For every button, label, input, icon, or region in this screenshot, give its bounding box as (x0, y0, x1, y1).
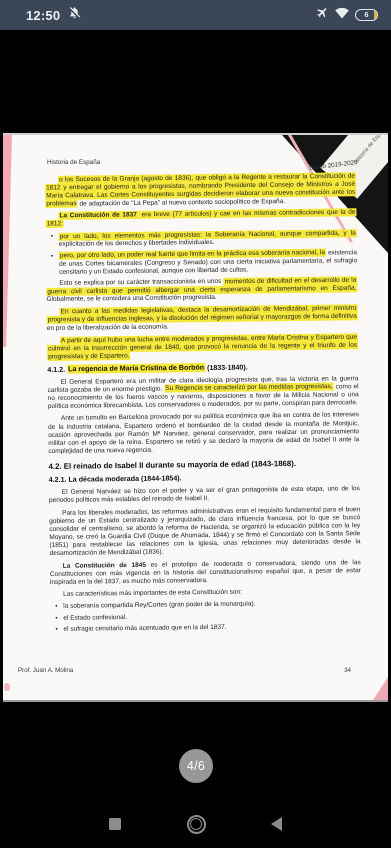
paragraph: Ante un tumulto en Barcelona provocado p… (48, 412, 359, 457)
document-footer: Prof. Juan A. Molina 34 (18, 667, 351, 674)
paragraph: o los Sucesos de la Granja (agosto de 18… (45, 172, 356, 209)
pdf-viewer[interactable]: Historia de España Historia de España Cu… (0, 30, 391, 800)
battery-level: 6 (364, 11, 368, 19)
bullet-marker: • (51, 233, 53, 241)
bullet-item: •por un lado, los elementos más progresi… (46, 229, 357, 249)
android-nav-bar (0, 800, 391, 848)
status-bar: 12:50 6 (0, 0, 391, 30)
page-edge-pink-strip (3, 135, 12, 347)
battery-indicator: 6 (355, 9, 378, 21)
doc-title: Historia de España (47, 159, 100, 166)
doc-author: Prof. Juan A. Molina (18, 667, 73, 674)
bullet-item: •el sufragio censitario más acentuado qu… (50, 622, 361, 634)
home-circle-icon (187, 815, 206, 834)
home-button[interactable] (183, 811, 209, 837)
bullet-marker: • (55, 626, 57, 634)
document-header: Historia de España Curso 2019-2020 (47, 159, 358, 166)
document-body: o los Sucesos de la Granja (agosto de 18… (45, 172, 362, 637)
doc-page-number: 34 (344, 667, 351, 674)
battery-warning-tip (374, 11, 378, 19)
document-page[interactable]: Historia de España Historia de España Cu… (3, 133, 388, 702)
paragraph: El General Espartero era un militar de c… (47, 375, 358, 412)
page-curl-bottom-left (4, 683, 10, 691)
paragraph: La Constitución de 1837 era breve (77 ar… (45, 209, 356, 229)
wifi-icon (335, 6, 349, 24)
page-curl-bottom-right (373, 677, 388, 700)
bullet-item: •la soberanía compartida Rey/Cortes (gra… (50, 600, 361, 612)
paragraph: Esto se explica por su carácter transacc… (46, 276, 357, 304)
recents-square-icon (109, 818, 121, 830)
paragraph: Las características más importantes de e… (50, 587, 361, 599)
bullet-marker: • (55, 603, 57, 611)
notifications-muted-icon (68, 6, 81, 24)
paragraph: El General Narváez se hizo con el poder … (49, 485, 360, 505)
bullet-item: •el Estado confesional. (50, 611, 361, 623)
bullet-marker: • (51, 252, 53, 260)
clock: 12:50 (26, 8, 60, 23)
corner-page-label: Historia de España (354, 133, 388, 165)
section-heading: 4.2. El reinado de Isabel II durante su … (48, 459, 359, 473)
section-heading: 4.1.2. La regencia de María Cristina de … (47, 362, 358, 375)
back-button[interactable] (263, 811, 289, 837)
bullet-item: •pero, por otro lado, un poder real fuer… (46, 249, 357, 277)
back-triangle-icon (271, 817, 282, 831)
phone-screen: 12:50 6 (0, 0, 391, 848)
paragraph: En cuanto a las medidas legislativas, de… (47, 305, 358, 333)
recents-button[interactable] (102, 811, 128, 837)
page-indicator-badge: 4/6 (179, 749, 213, 783)
paragraph: A partir de aquí hubo una lucha entre mo… (47, 333, 358, 361)
paragraph: La Constitución de 1845 es el prototipo … (50, 559, 361, 587)
section-heading: 4.2.1. La década moderada (1844-1854). (49, 472, 360, 485)
paragraph: Para los liberales moderados, las reform… (49, 506, 361, 559)
airplane-mode-icon (316, 6, 329, 24)
bullet-marker: • (55, 614, 57, 622)
